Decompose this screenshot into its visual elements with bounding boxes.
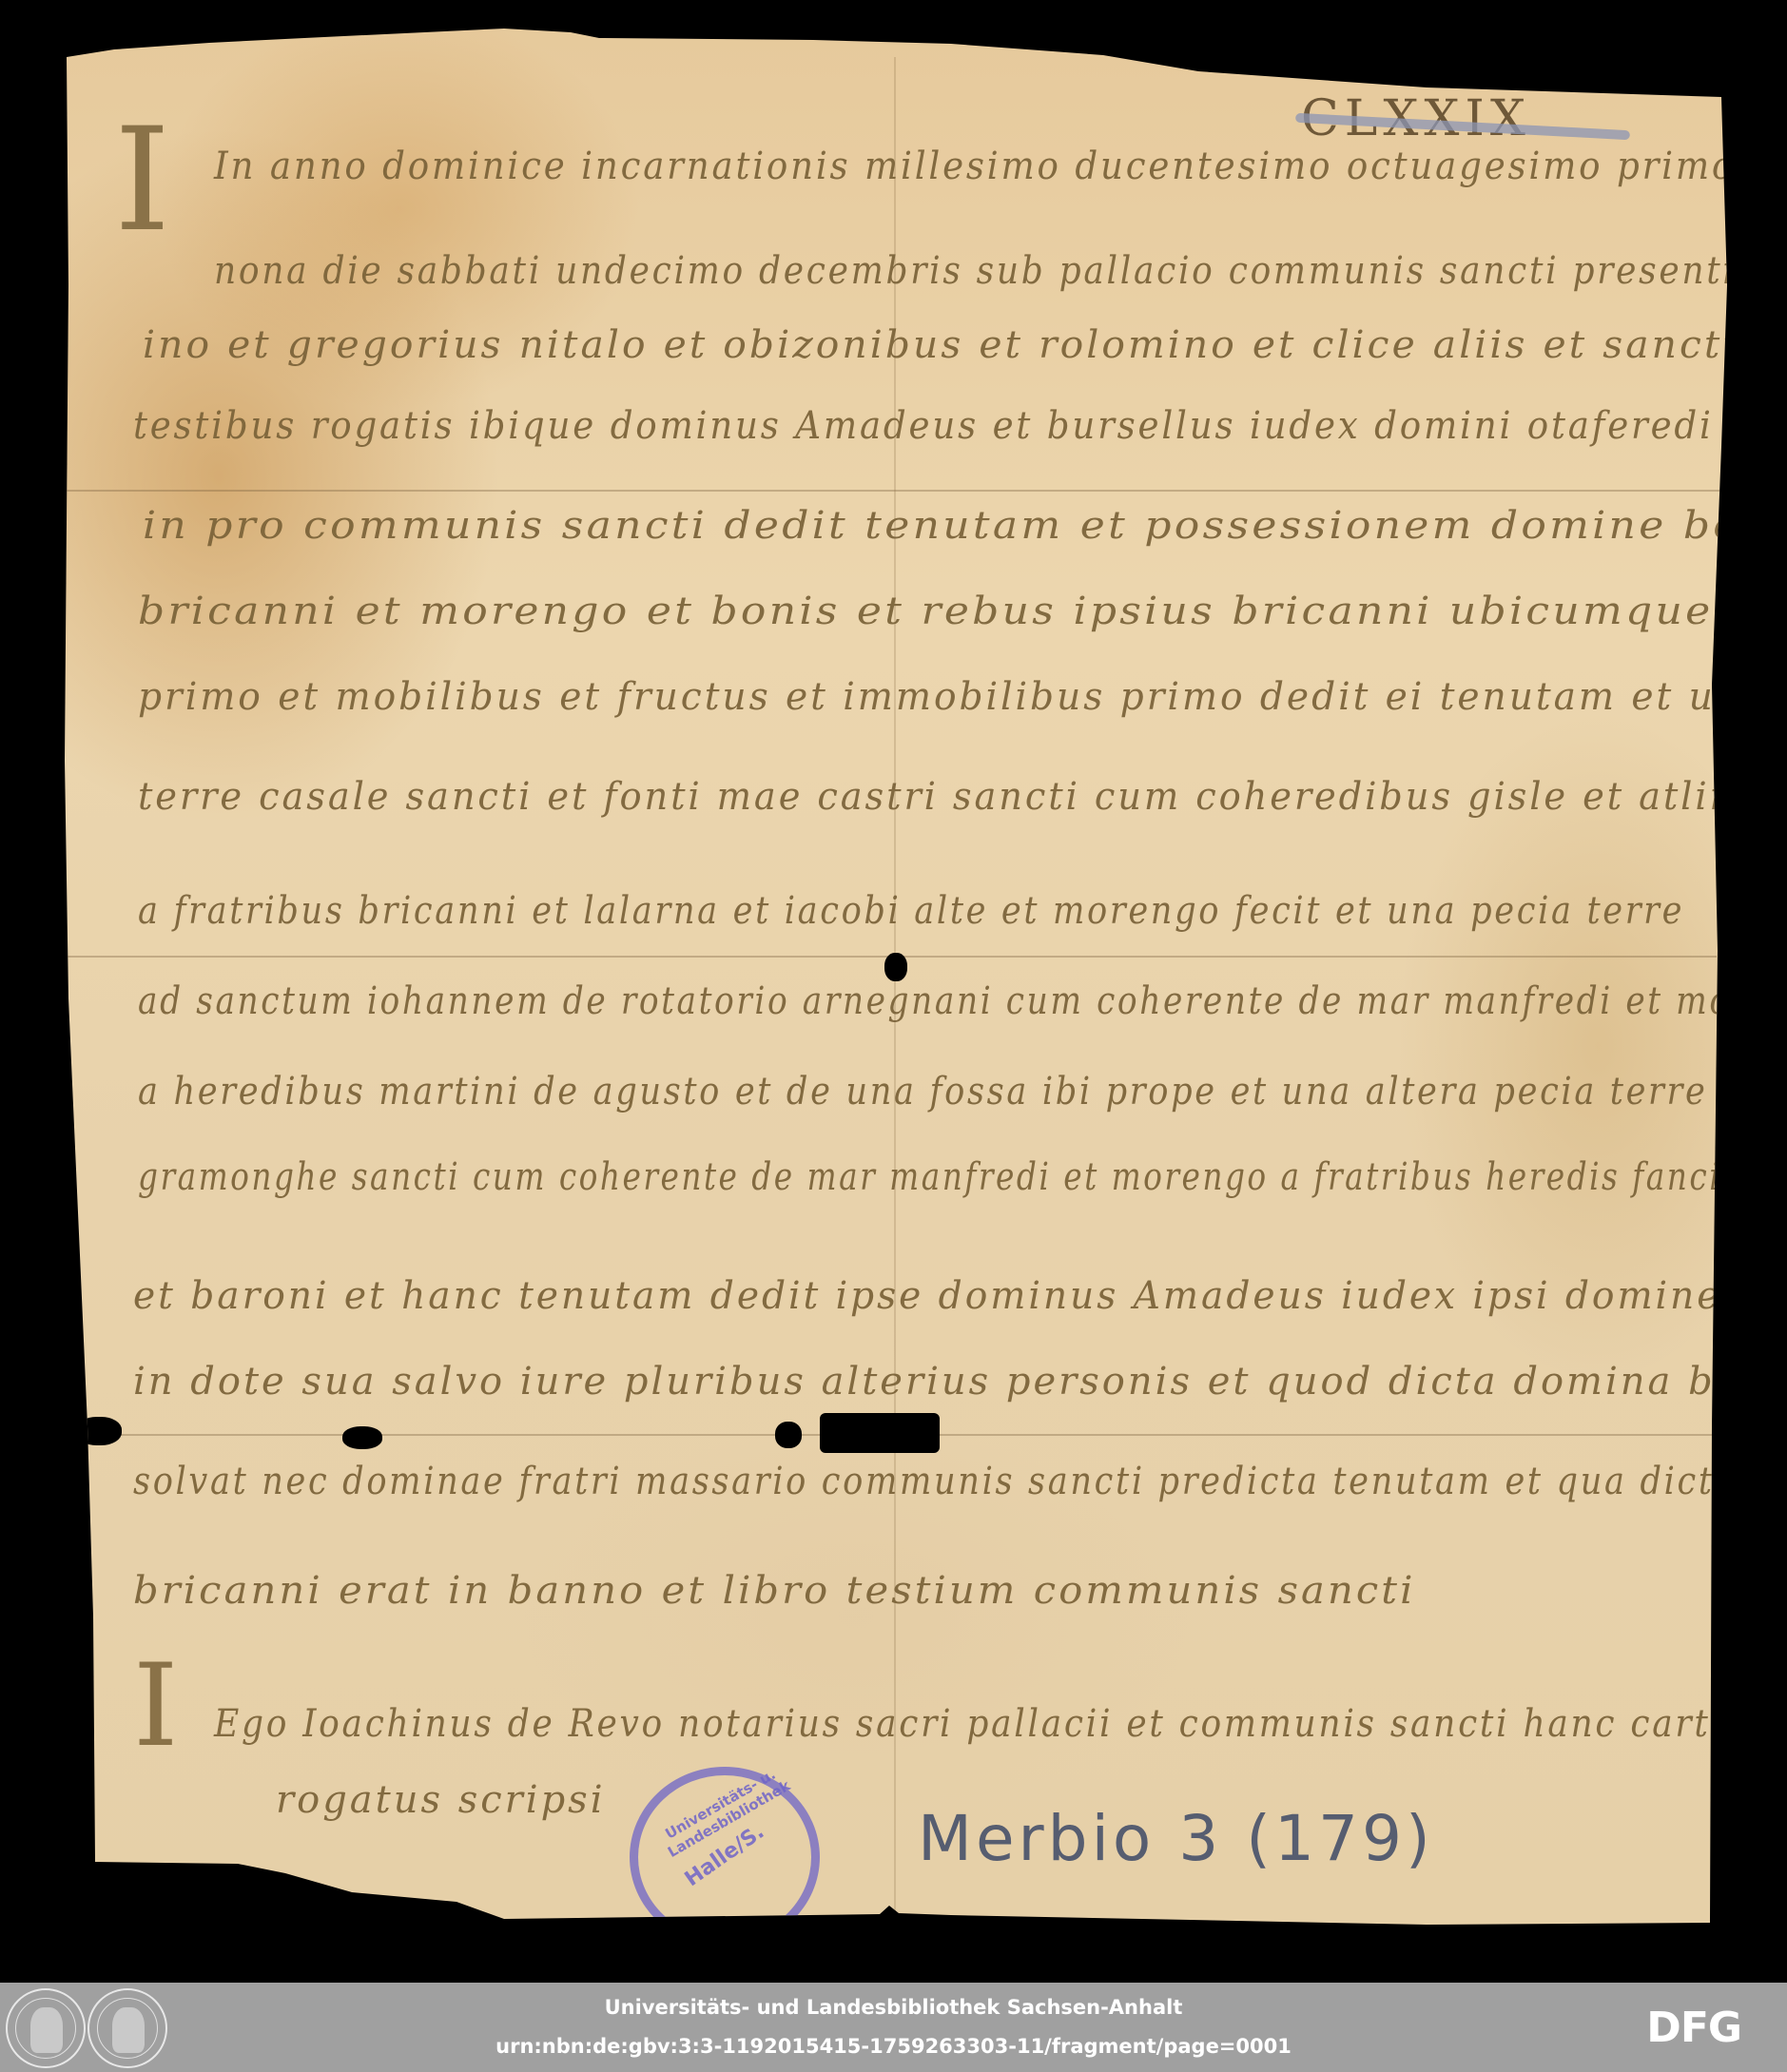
dfg-logo-icon: DFG bbox=[1646, 2004, 1741, 2052]
urn-identifier: urn:nbn:de:gbv:3:3-1192015415-1759263303… bbox=[0, 2035, 1787, 2058]
hole bbox=[884, 953, 907, 981]
text-line: testibus rogatis ibique dominus Amadeus … bbox=[133, 404, 1787, 448]
decorated-initial: I bbox=[114, 109, 170, 252]
text-line: primo et mobilibus et fructus et immobil… bbox=[138, 675, 1787, 719]
text-line: a heredibus martini de agusto et de una … bbox=[138, 1070, 1707, 1113]
text-line: bricanni et morengo et bonis et rebus ip… bbox=[138, 590, 1787, 633]
text-line: ad sanctum iohannem de rotatorio arnegna… bbox=[138, 979, 1787, 1023]
text-line: in dote sua salvo iure pluribus alterius… bbox=[133, 1360, 1787, 1404]
text-line: In anno dominice incarnationis millesimo… bbox=[214, 145, 1787, 188]
footer-band: Universitäts- und Landesbibliothek Sachs… bbox=[0, 1983, 1787, 2072]
text-line: nona die sabbati undecimo decembris sub … bbox=[214, 249, 1787, 293]
hole bbox=[820, 1413, 940, 1453]
text-line: gramonghe sancti cum coherente de mar ma… bbox=[138, 1155, 1742, 1199]
library-stamp: Universitäts- u. Landesbibliothek Halle/… bbox=[630, 1767, 820, 1947]
hole bbox=[342, 1426, 382, 1449]
text-line: in pro communis sancti dedit tenutam et … bbox=[143, 504, 1787, 548]
text-line: terre casale sancti et fonti mae castri … bbox=[138, 775, 1787, 819]
text-line: ino et gregorius nitalo et obizonibus et… bbox=[143, 323, 1787, 367]
text-line: bricanni erat in banno et libro testium … bbox=[133, 1569, 1416, 1613]
text-line: solvat nec dominae fratri massario commu… bbox=[133, 1460, 1737, 1503]
text-line: rogatus scripsi bbox=[276, 1778, 606, 1822]
document-scan: I I CLXXIX In anno dominice incarnationi… bbox=[0, 0, 1787, 1983]
hole bbox=[775, 1422, 802, 1448]
text-line: a fratribus bricanni et lalarna et iacob… bbox=[138, 889, 1684, 933]
text-line: et baroni et hanc tenutam dedit ipse dom… bbox=[133, 1274, 1787, 1318]
parchment-sheet: I I CLXXIX In anno dominice incarnationi… bbox=[0, 0, 1787, 1983]
institution-name: Universitäts- und Landesbibliothek Sachs… bbox=[0, 1996, 1787, 2019]
hole bbox=[76, 1417, 122, 1445]
text-line: Ego Ioachinus de Revo notarius sacri pal… bbox=[214, 1702, 1768, 1746]
pencil-annotation: Merbio 3 (179) bbox=[918, 1802, 1434, 1875]
decorated-initial: I bbox=[133, 1650, 178, 1764]
